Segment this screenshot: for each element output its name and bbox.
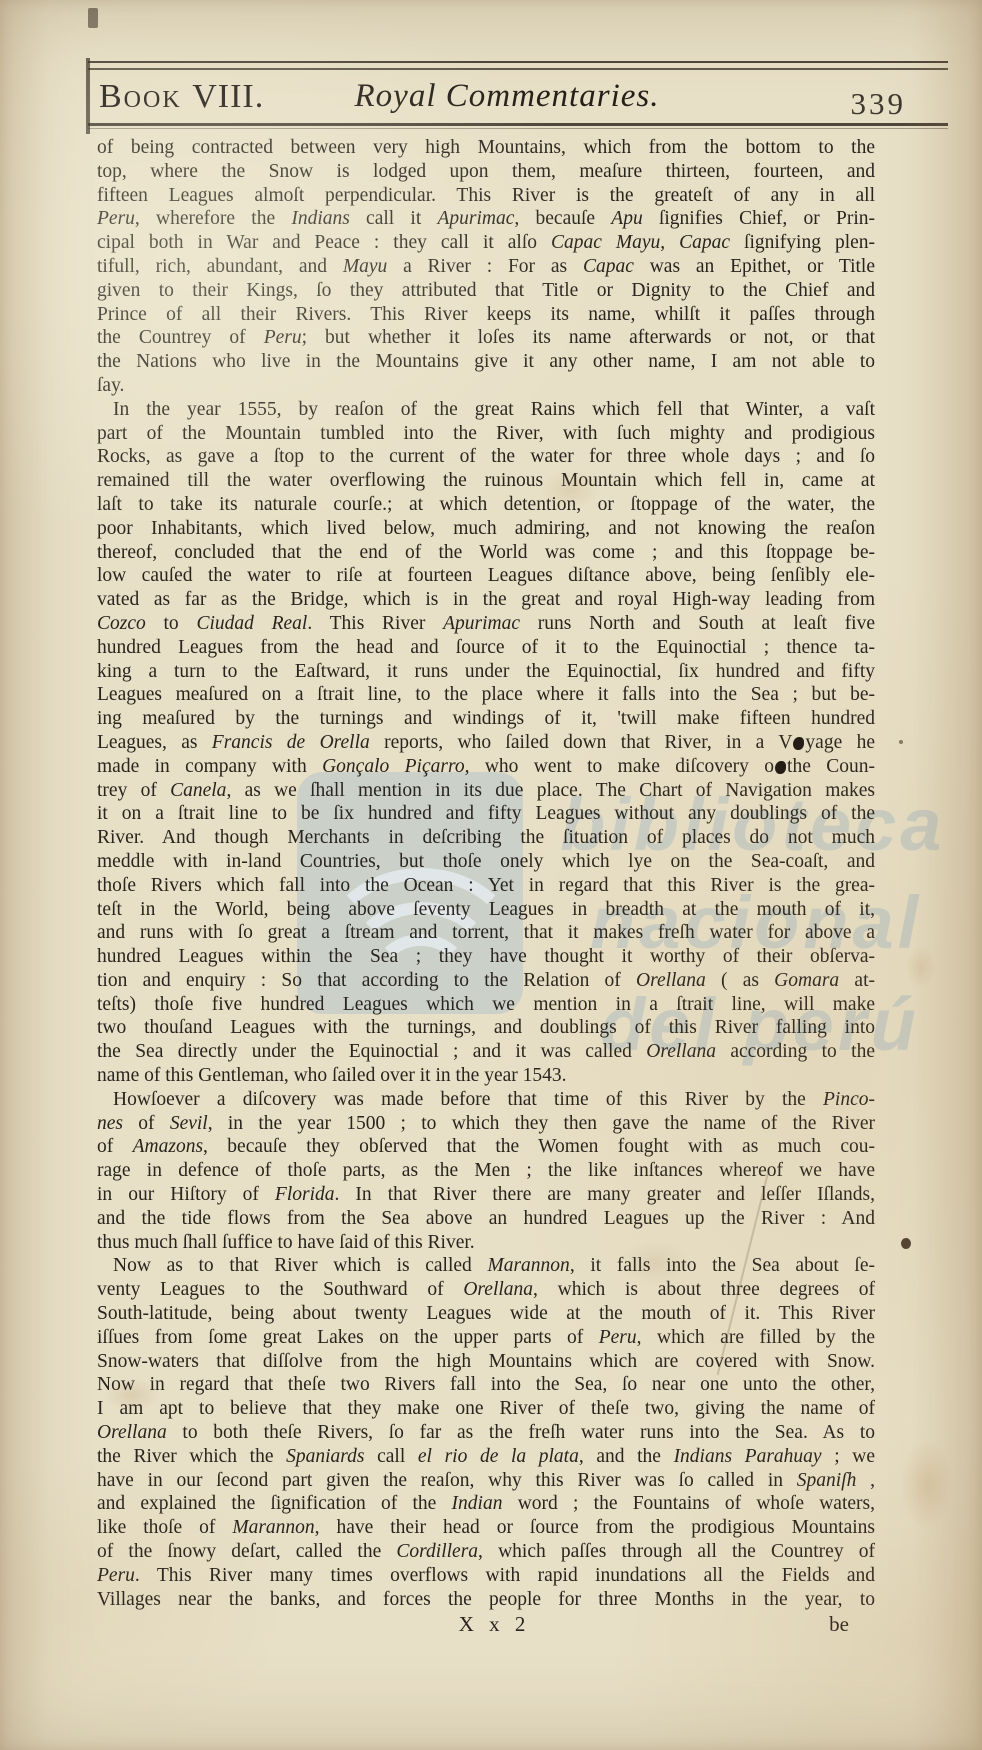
text-line: hundred Leagues within the Sea ; they ha… <box>97 945 875 969</box>
text-line: like thoſe of Marannon, have their head … <box>97 1516 875 1540</box>
text-line: made in company with Gonçalo Piçarro, wh… <box>97 755 875 779</box>
text-line: thus much ſhall ſuffice to have ſaid of … <box>97 1231 875 1255</box>
text-line: Villages near the banks, and forces the … <box>97 1588 875 1612</box>
text-line: Peru. This River many times overflows wi… <box>97 1564 875 1588</box>
top-rule <box>88 61 948 63</box>
top-rule <box>88 68 948 70</box>
text-line: laſt to take its naturale courſe.; at wh… <box>97 493 875 517</box>
text-line: Leagues meaſured on a ſtrait line, to th… <box>97 683 875 707</box>
text-line: king a turn to the Eaſtward, it runs und… <box>97 660 875 684</box>
text-line: name of this Gentleman, who ſailed over … <box>97 1064 875 1088</box>
text-line: Now in regard that theſe two Rivers fall… <box>97 1373 875 1397</box>
book-number: VIII. <box>192 78 264 115</box>
text-line: I am apt to believe that they make one R… <box>97 1397 875 1421</box>
text-line: thereof, concluded that the end of the W… <box>97 541 875 565</box>
text-line: tion and enquiry : So that according to … <box>97 969 875 993</box>
text-line: nes of Sevil, in the year 1500 ; to whic… <box>97 1112 875 1136</box>
text-line: given to their Kings, ſo they attributed… <box>97 279 875 303</box>
header-rule <box>88 128 948 129</box>
text-line: Snow-waters that diſſolve from the high … <box>97 1350 875 1374</box>
text-line: ing meaſured by the turnings and winding… <box>97 707 875 731</box>
text-line: Howſoever a diſcovery was made before th… <box>97 1088 875 1112</box>
running-head: Book VIII. Royal Commentaries. 339 <box>97 76 942 122</box>
text-line: Peru, wherefore the Indians call it Apur… <box>97 207 875 231</box>
paragraph: In the year 1555, by reaſon of the great… <box>97 398 875 1088</box>
text-line: teſts) thoſe five hundred Leagues which … <box>97 993 875 1017</box>
text-line: Orellana to both theſe Rivers, ſo far as… <box>97 1421 875 1445</box>
text-line: remained till the water overflowing the … <box>97 469 875 493</box>
text-line: the River which the Spaniards call el ri… <box>97 1445 875 1469</box>
header-rule <box>88 123 948 126</box>
text-line: poor Inhabitants, which lived below, muc… <box>97 517 875 541</box>
text-line: River. And though Merchants in deſcribin… <box>97 826 875 850</box>
catchword: be <box>829 1612 849 1636</box>
text-line: hundred Leagues from the head and ſource… <box>97 636 875 660</box>
ink-blot <box>775 761 786 774</box>
paragraph: Howſoever a diſcovery was made before th… <box>97 1088 875 1255</box>
text-line: the Sea directly under the Equinoctial ;… <box>97 1040 875 1064</box>
stain <box>900 1440 954 1530</box>
text-line: two thouſand Leagues with the turnings, … <box>97 1016 875 1040</box>
stain <box>906 945 936 989</box>
book-label: Book <box>99 78 182 115</box>
ink-blot <box>793 737 804 750</box>
text-block: of being contracted between very high Mo… <box>97 136 875 1611</box>
text-line: teſt in the World, being above ſeventy L… <box>97 898 875 922</box>
text-line: part of the Mountain tumbled into the Ri… <box>97 422 875 446</box>
text-line: thoſe Rivers which fall into the Ocean :… <box>97 874 875 898</box>
text-line: Leagues, as Francis de Orella reports, w… <box>97 731 875 755</box>
text-line: it on a ſtrait line to be ſix hundred an… <box>97 802 875 826</box>
running-title: Royal Commentaries. <box>277 78 737 115</box>
text-line: meddle with in-land Countries, but thoſe… <box>97 850 875 874</box>
text-line: and explained the ſignification of the I… <box>97 1492 875 1516</box>
text-line: cipal both in War and Peace : they call … <box>97 231 875 255</box>
page-number: 339 <box>851 86 907 122</box>
text-line: have in our ſecond part given the reaſon… <box>97 1469 875 1493</box>
text-line: Now as to that River which is called Mar… <box>97 1254 875 1278</box>
edge-mark <box>86 58 90 134</box>
paragraph: of being contracted between very high Mo… <box>97 136 875 398</box>
text-line: the Nations who live in the Mountains gi… <box>97 350 875 374</box>
text-line: of the ſnowy deſart, called the Cordille… <box>97 1540 875 1564</box>
text-line: ſay. <box>97 374 875 398</box>
corner-mark <box>88 8 98 28</box>
text-line: Cozco to Ciudad Real. This River Apurima… <box>97 612 875 636</box>
text-line: and runs with ſo great a ſtream and torr… <box>97 921 875 945</box>
signature-mark: X x 2 <box>459 1612 531 1636</box>
text-line: vated as far as the Bridge, which is in … <box>97 588 875 612</box>
text-line: South-latitude, being about twenty Leagu… <box>97 1302 875 1326</box>
text-line: iſſues from ſome great Lakes on the uppe… <box>97 1326 875 1350</box>
text-line: of being contracted between very high Mo… <box>97 136 875 160</box>
text-line: trey of Canela, as we ſhall mention in i… <box>97 779 875 803</box>
text-line: fifteen Leagues almoſt perpendicular. Th… <box>97 184 875 208</box>
book-heading: Book VIII. <box>99 78 264 116</box>
text-line: top, where the Snow is lodged upon them,… <box>97 160 875 184</box>
text-line: the Countrey of Peru; but whether it loſ… <box>97 326 875 350</box>
text-line: Rocks, as gave a ſtop to the current of … <box>97 445 875 469</box>
text-line: low cauſed the water to riſe at fourteen… <box>97 564 875 588</box>
paragraph: Now as to that River which is called Mar… <box>97 1254 875 1611</box>
text-line: Prince of all their Rivers. This River k… <box>97 303 875 327</box>
book-page: biblioteca nacional del perú Book VIII. … <box>0 0 982 1750</box>
ink-spot <box>901 1238 911 1249</box>
text-line: rage in defence of thoſe parts, as the M… <box>97 1159 875 1183</box>
text-line: of Amazons, becauſe they obſerved that t… <box>97 1135 875 1159</box>
text-line: venty Leagues to the Southward of Orella… <box>97 1278 875 1302</box>
ink-spot <box>899 740 903 744</box>
text-line: In the year 1555, by reaſon of the great… <box>97 398 875 422</box>
text-line: tifull, rich, abundant, and Mayu a River… <box>97 255 875 279</box>
